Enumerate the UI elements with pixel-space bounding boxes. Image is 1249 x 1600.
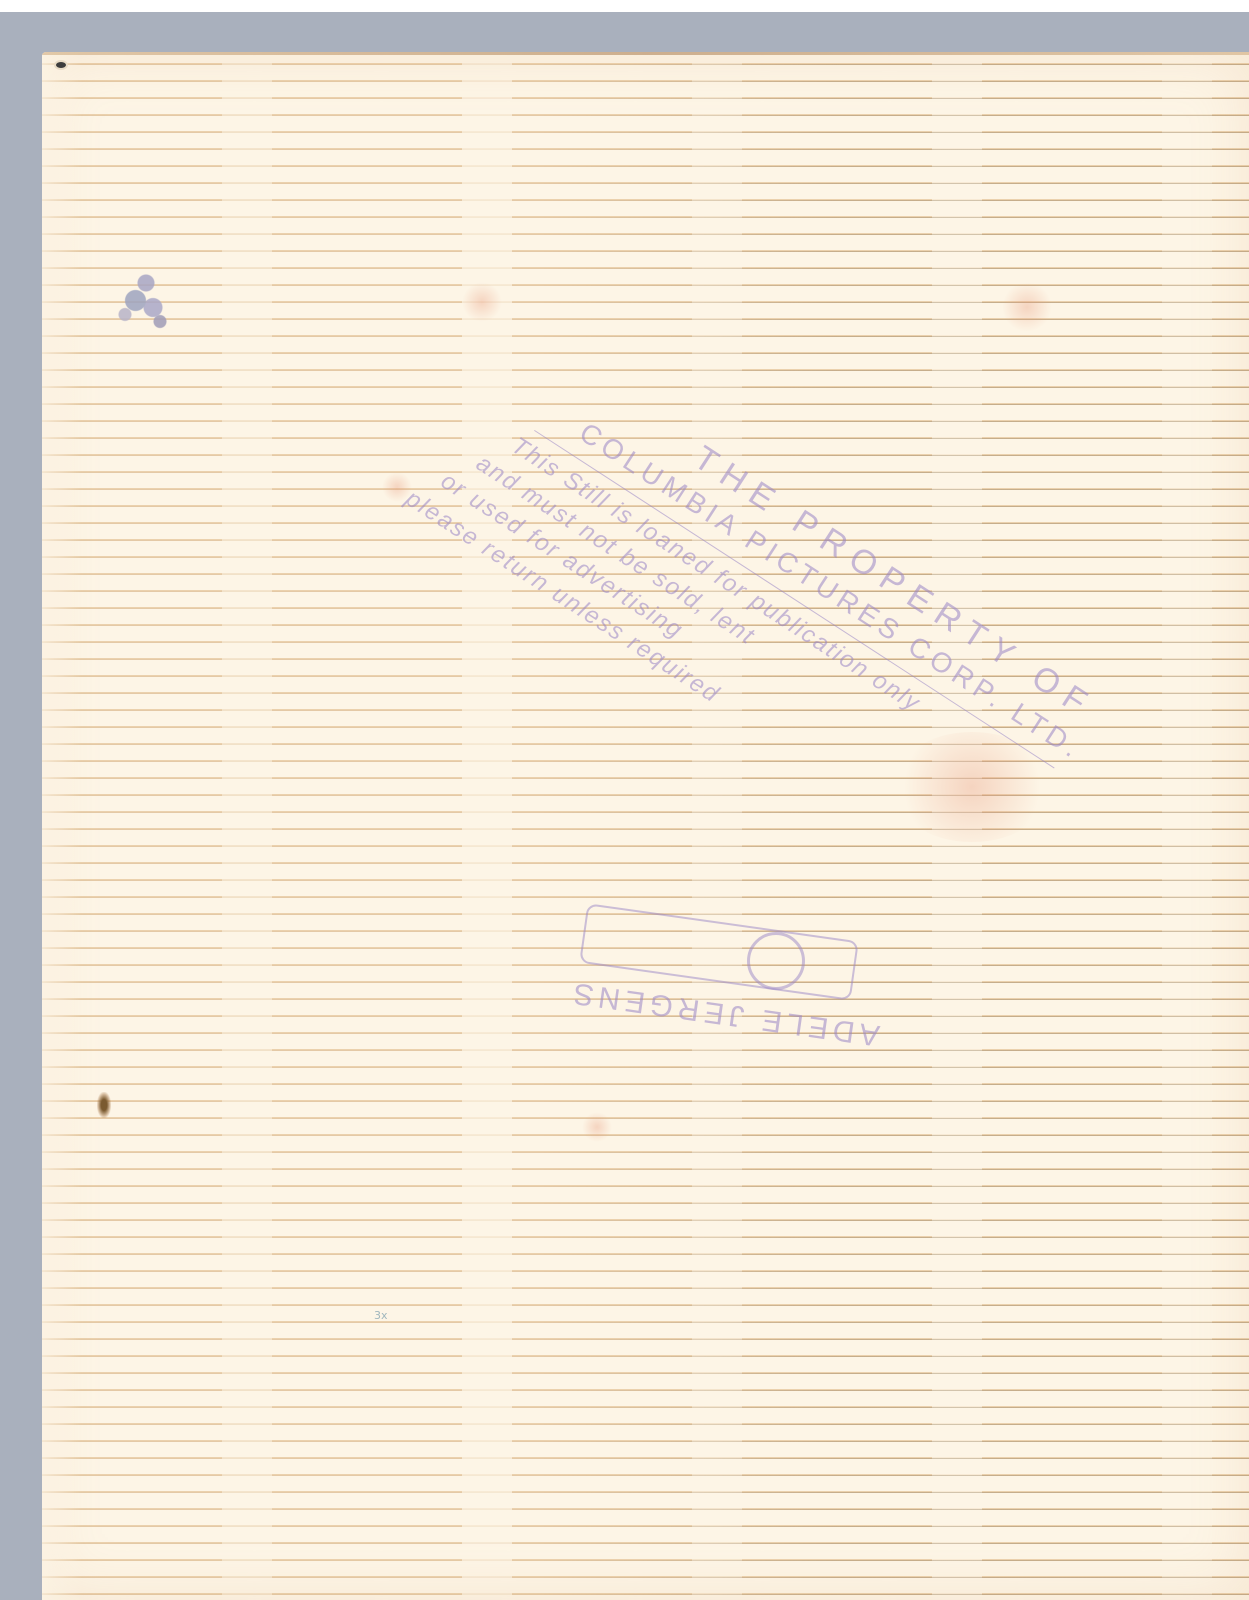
scan-top-strip: [0, 0, 1249, 12]
brown-stain-spot: [97, 1092, 111, 1118]
photo-back-paper: THE PROPERTY OF COLUMBIA PICTURES CORP. …: [42, 52, 1249, 1600]
foxing-stain: [582, 1112, 612, 1142]
paper-texture-dark-stripes: [42, 52, 1249, 1600]
pin-hole: [56, 62, 66, 68]
foxing-stain: [1002, 282, 1052, 332]
foxing-stain: [462, 282, 502, 322]
paper-left-edge: [42, 52, 82, 1600]
name-stamp-seal: [747, 932, 805, 990]
paper-damage-blemish: [104, 262, 174, 332]
pencil-note: 3x: [374, 1309, 388, 1322]
paper-top-edge: [42, 52, 1249, 55]
